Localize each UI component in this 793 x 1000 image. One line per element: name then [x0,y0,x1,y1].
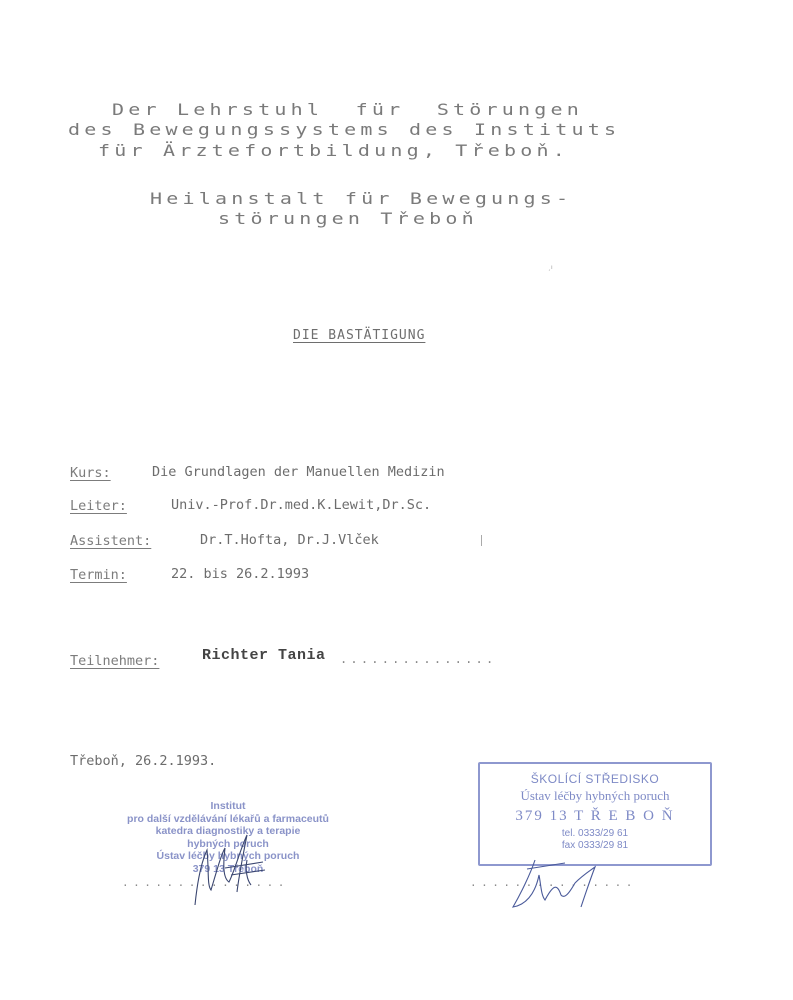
stamp-right-line-4: tel. 0333/29 61 [480,828,710,839]
termin-label: Termin: [70,567,127,583]
field-teilnehmer: Teilnehmer: [70,652,159,670]
participant-name: Richter Tania [202,647,326,664]
field-assistent: Assistent: [70,532,151,550]
stray-mark [481,535,482,546]
assistent-label: Assistent: [70,533,151,549]
stamp-right-line-2: Ústav léčby hybných poruch [480,788,710,804]
teilnehmer-label: Teilnehmer: [70,653,159,669]
assistent-value: Dr.T.Hofta, Dr.J.Vlček [200,532,379,548]
place-date: Třeboň, 26.2.1993. [70,753,216,769]
signature-left [185,830,275,910]
clinic-line-1: Heilanstalt für Bewegungs- [150,189,572,208]
clinic-line-2: störungen Třeboň [218,209,478,228]
institution-line-1: Der Lehrstuhl für Störungen [112,100,583,119]
stamp-left-line-2: pro další vzdělávání lékařů a farmaceutů [108,813,348,826]
scan-speck: ¸ı [548,264,553,271]
leiter-label: Leiter: [70,498,127,514]
institution-line-3: für Ärztefortbildung, Třeboň. [98,141,569,160]
stamp-right-line-5: fax 0333/29 81 [480,840,710,851]
participant-fill-dots: ............... [340,652,496,666]
kurs-label: Kurs: [70,465,111,481]
stamp-right-line-1: ŠKOLÍCÍ STŘEDISKO [480,772,710,786]
kurs-value: Die Grundlagen der Manuellen Medizin [152,464,445,480]
stamp-right: ŠKOLÍCÍ STŘEDISKO Ústav léčby hybných po… [478,762,712,866]
termin-value: 22. bis 26.2.1993 [171,566,309,582]
document-title: DIE BASTÄTIGUNG [293,328,425,343]
field-leiter: Leiter: [70,497,127,515]
field-kurs: Kurs: [70,464,111,482]
stamp-left-line-1: Institut [108,800,348,813]
institution-line-2: des Bewegungssystems des Instituts [68,120,620,139]
stamp-right-line-3: 379 13 T Ř E B O Ň [480,808,710,825]
signature-right [505,855,615,915]
leiter-value: Univ.-Prof.Dr.med.K.Lewit,Dr.Sc. [171,497,431,513]
field-termin: Termin: [70,566,127,584]
